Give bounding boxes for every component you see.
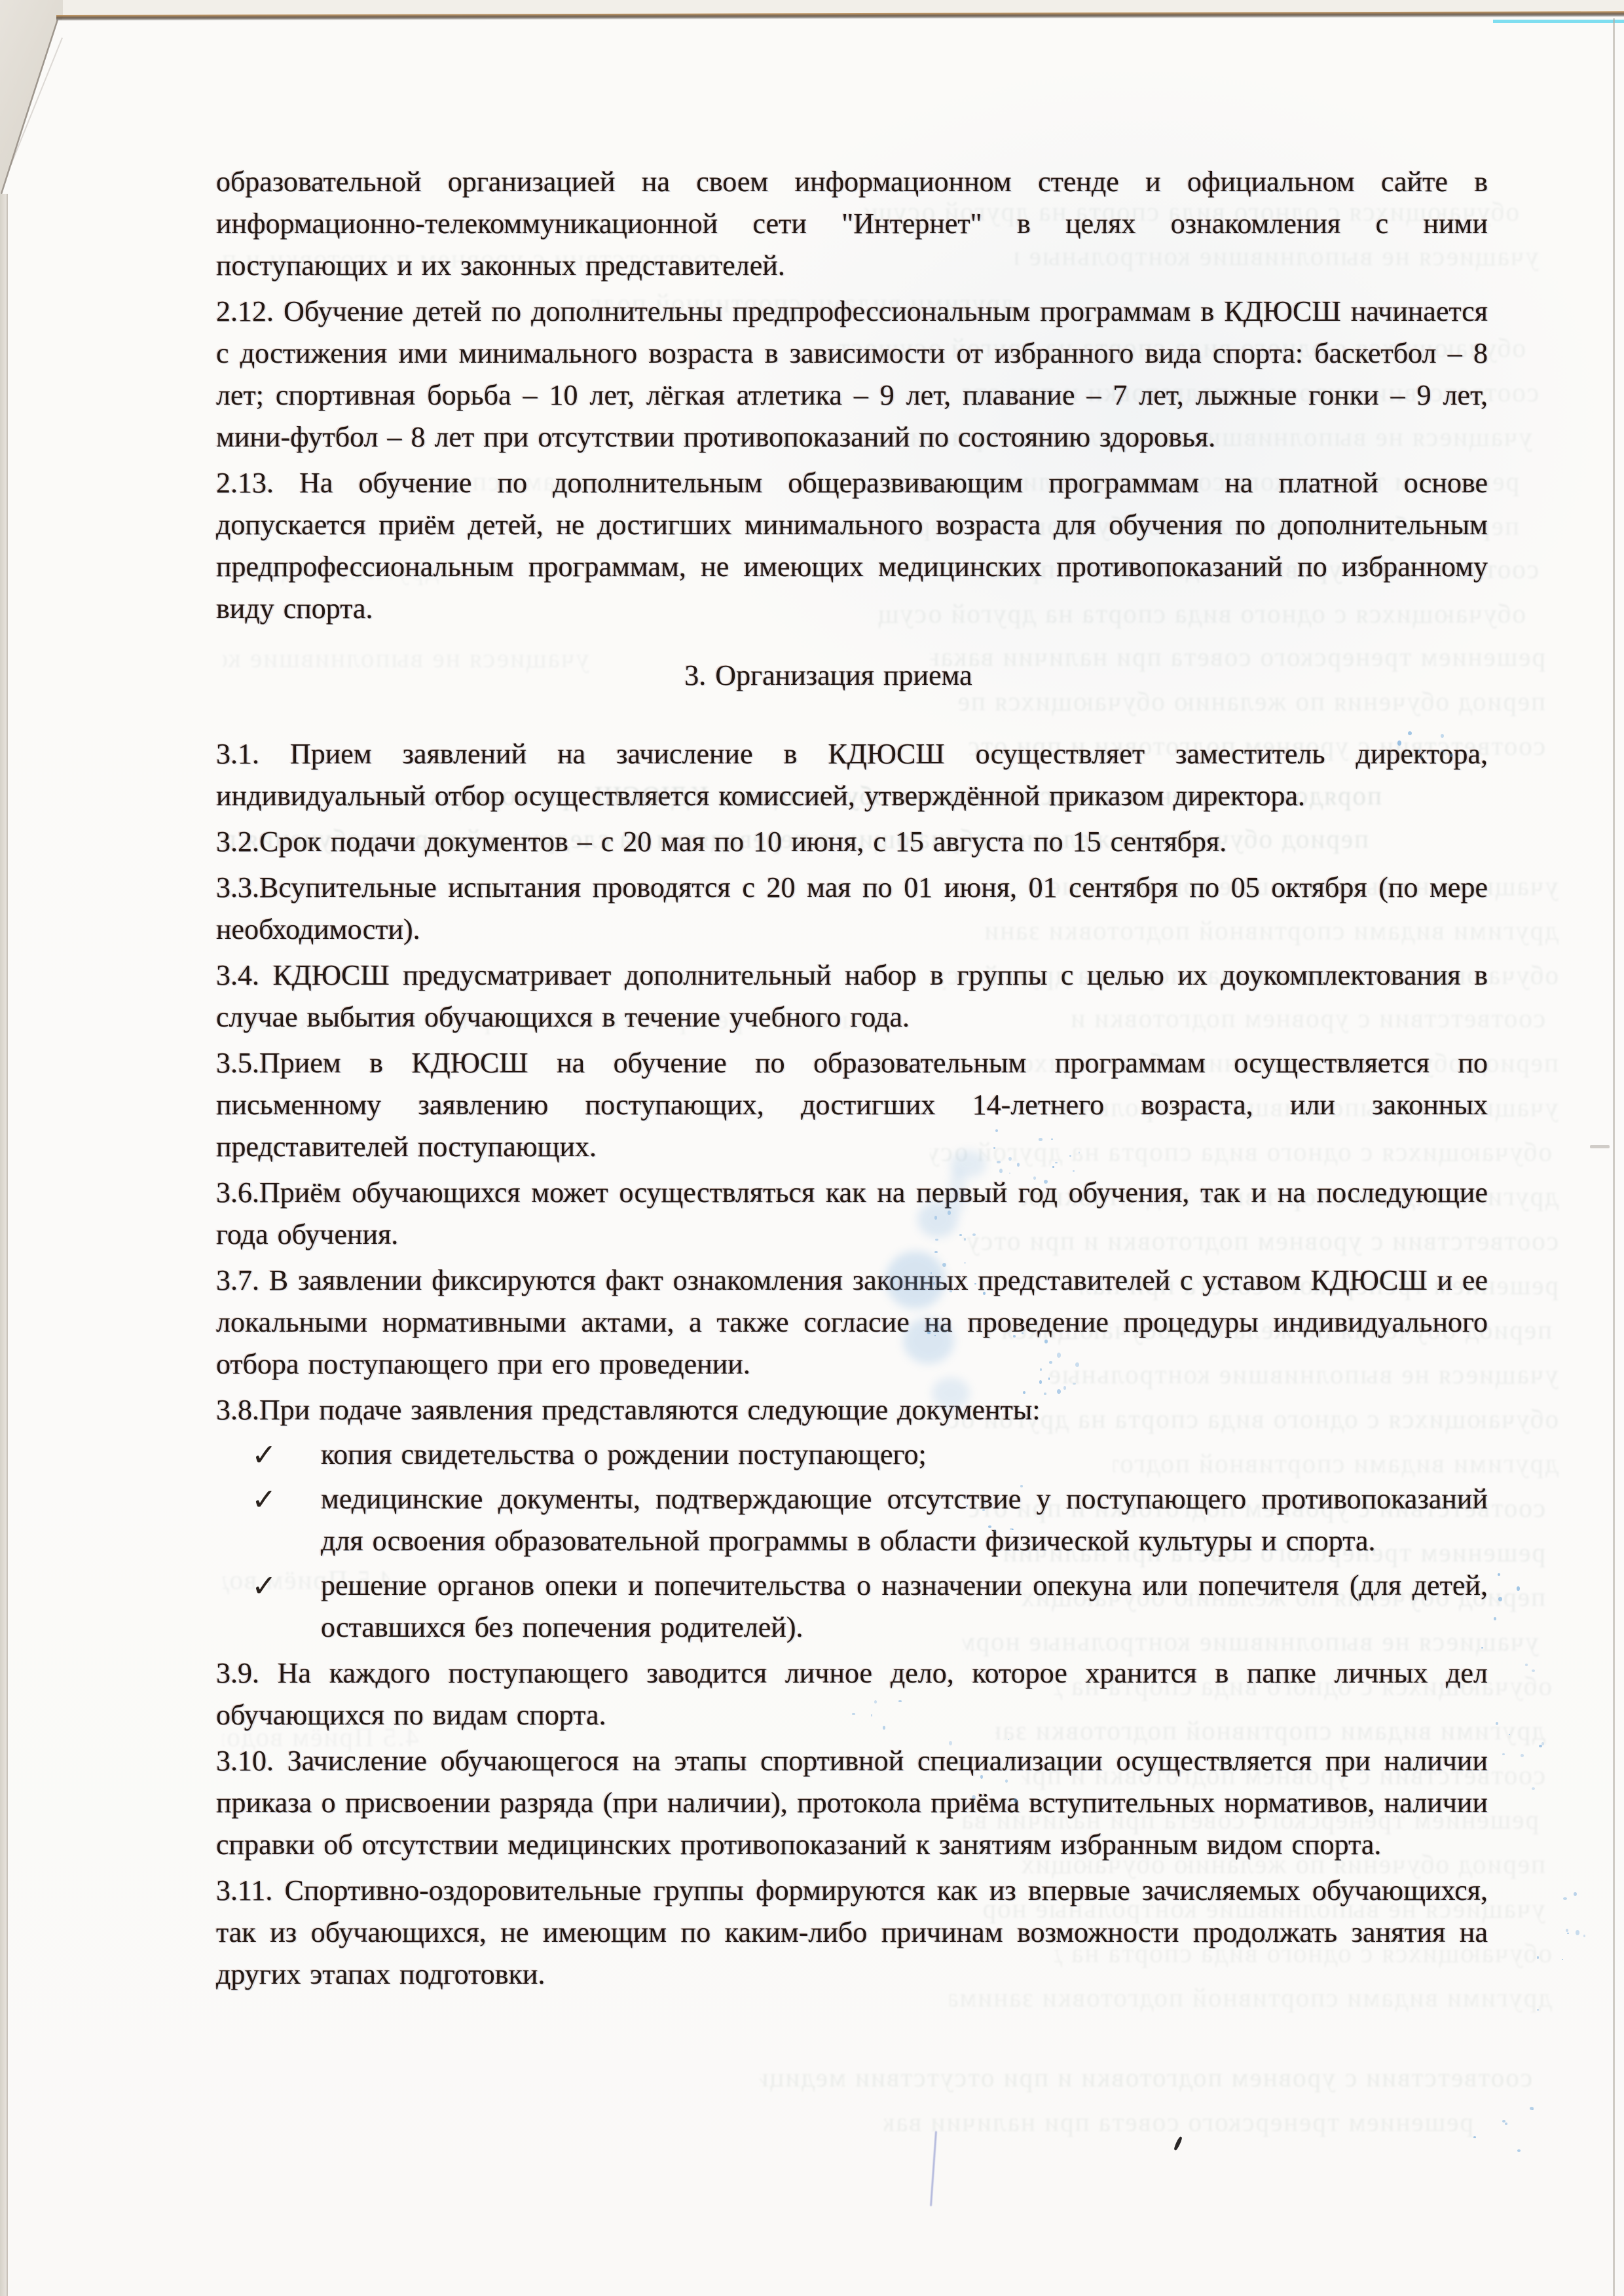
ink-speckle [1397, 740, 1401, 745]
ink-speckle [1017, 1163, 1020, 1166]
ink-speckle [997, 1161, 1000, 1163]
paragraph: 3.3.Всупительные испытания проводятся с … [216, 863, 1488, 951]
ink-speckle [978, 1322, 980, 1323]
paragraph: 2.13. На обучение по дополнительным обще… [216, 458, 1488, 630]
paragraph: 3.7. В заявлении фиксируются факт ознако… [216, 1256, 1488, 1385]
ink-speckle [1039, 1380, 1042, 1383]
ink-smudge [932, 1377, 970, 1409]
ink-speckle [1005, 1779, 1008, 1783]
paragraph: 3.11. Спортивно-оздоровительные группы ф… [216, 1866, 1488, 1995]
paragraph: 3.10. Зачисление обучающегося на этапы с… [216, 1736, 1488, 1866]
ink-speckle [871, 1714, 873, 1717]
section-heading: 3. Организация приема [193, 630, 1464, 729]
ink-speckle [1420, 756, 1423, 759]
ink-speckle [994, 1529, 996, 1531]
list-item-text: копия свидетельства о рождении поступающ… [321, 1438, 927, 1470]
ink-speckle [1532, 1787, 1535, 1790]
document-text-block: образовательной организацией на своем ин… [216, 161, 1488, 1995]
ink-speckle [1013, 1335, 1015, 1338]
ink-speckle [935, 1239, 938, 1241]
ink-speckle [1008, 1157, 1012, 1161]
paragraph: 3.9. На каждого поступающего заводится л… [216, 1649, 1488, 1736]
ink-speckle [1075, 1362, 1079, 1367]
ink-speckle [1039, 1138, 1042, 1140]
page-left-edge-strip [0, 194, 7, 2296]
paragraph: 3.8.При подаче заявления представляются … [216, 1385, 1488, 1431]
ink-speckle [1532, 2109, 1534, 2110]
checkmark-icon: ✓ [251, 1565, 277, 1607]
ink-speckle [1441, 734, 1444, 738]
ink-speckle [1009, 1173, 1010, 1174]
paragraph: 2.12. Обучение детей по дополнительны пр… [216, 287, 1488, 458]
ink-speckle [1057, 1353, 1061, 1357]
ink-speckle [1069, 1155, 1071, 1157]
list-item: ✓решение органов опеки и попечительства … [216, 1562, 1488, 1649]
ink-smudge [885, 1251, 946, 1309]
ink-speckle [927, 1332, 931, 1334]
ink-speckle [1441, 750, 1443, 752]
ink-speckle [1567, 1933, 1569, 1934]
ink-speckle [993, 1147, 995, 1148]
scanned-document-page: { "document": { "language": "ru", "bulle… [0, 0, 1624, 2296]
ink-speckle [1539, 1745, 1542, 1747]
ink-speckle [1525, 1664, 1528, 1666]
ink-speckle [966, 1505, 967, 1507]
scan-artifact-dash [1590, 1145, 1610, 1148]
ink-speckle [982, 1509, 985, 1511]
page-left-edge [7, 194, 8, 2296]
ink-speckle [1408, 731, 1412, 735]
ink-speckle [933, 1282, 935, 1285]
paragraph: 3.5.Прием в КДЮСШ на обучение по образов… [216, 1038, 1488, 1168]
ink-speckle [1583, 1935, 1585, 1937]
ink-speckle [995, 1129, 998, 1132]
ink-speckle [1521, 1754, 1524, 1757]
ink-speckle [948, 1211, 951, 1215]
list-item: ✓копия свидетельства о рождении поступаю… [216, 1431, 1488, 1476]
ink-speckle [964, 1238, 966, 1241]
list-item-text: решение органов опеки и попечительства о… [321, 1569, 1488, 1643]
ink-speckle [1496, 1722, 1498, 1725]
paragraph: 3.4. КДЮСШ предусматривает дополнительны… [216, 951, 1488, 1038]
ink-speckle [934, 1216, 938, 1219]
checkmark-icon: ✓ [251, 1434, 277, 1476]
list-item-text: медицинские документы, подтверждающие от… [321, 1483, 1488, 1557]
ink-speckle [1044, 1180, 1048, 1184]
paragraph: 3.2.Срок подачи документов – с 20 мая по… [216, 817, 1488, 863]
page-top-edge-cyan [1493, 20, 1624, 23]
ink-speckle [934, 1251, 938, 1254]
ink-speckle [931, 1272, 932, 1273]
ink-speckle [964, 1262, 966, 1264]
ink-speckle [1494, 1617, 1497, 1620]
ink-speckle [1033, 1176, 1036, 1180]
ink-speckle [974, 1283, 976, 1285]
ink-speckle [972, 1233, 976, 1236]
ink-speckle [1063, 1386, 1066, 1389]
ink-speckle [1576, 1930, 1579, 1935]
checkmark-icon: ✓ [251, 1478, 277, 1520]
ink-speckle [1537, 1956, 1539, 1958]
ink-smudge [949, 1169, 966, 1214]
ink-speckle [934, 1335, 936, 1336]
ink-speckle [1044, 1393, 1046, 1395]
ink-speckle [1505, 2123, 1507, 2125]
ink-smudge [903, 1318, 954, 1364]
paragraph: 3.6.Приём обучающихся может осуществлять… [216, 1168, 1488, 1256]
ink-speckle [1498, 1573, 1500, 1576]
paragraph: образовательной организацией на своем ин… [216, 161, 1488, 287]
ink-speckle [963, 1495, 965, 1497]
ink-speckle [1057, 1389, 1060, 1394]
ink-speckle [1052, 1166, 1054, 1168]
ink-speckle [1532, 1669, 1535, 1672]
ink-speckle [1517, 1586, 1520, 1590]
ink-speckle [1517, 2149, 1521, 2151]
ink-speckle [1473, 2136, 1476, 2138]
ink-speckle [1020, 1485, 1023, 1487]
ink-speckle [1566, 1929, 1568, 1932]
paragraph: 3.1. Прием заявлений на зачисление в КДЮ… [216, 729, 1488, 817]
folded-corner-edge [0, 0, 131, 223]
ink-speckle [942, 1197, 943, 1199]
ink-speckle [959, 1234, 962, 1236]
ink-speckle [1563, 1897, 1567, 1900]
ink-speckle [852, 1713, 855, 1715]
ink-speckle [942, 1263, 946, 1267]
ink-speckle [898, 1700, 901, 1702]
ink-speckle [1537, 2009, 1538, 2011]
ink-speckle [1049, 1361, 1052, 1364]
page-right-edge [1613, 18, 1615, 2296]
ink-speckle [1040, 1368, 1042, 1371]
list-item: ✓медицинские документы, подтверждающие о… [216, 1476, 1488, 1562]
ink-speckle [1023, 1391, 1025, 1394]
ink-speckle [1481, 1647, 1483, 1649]
